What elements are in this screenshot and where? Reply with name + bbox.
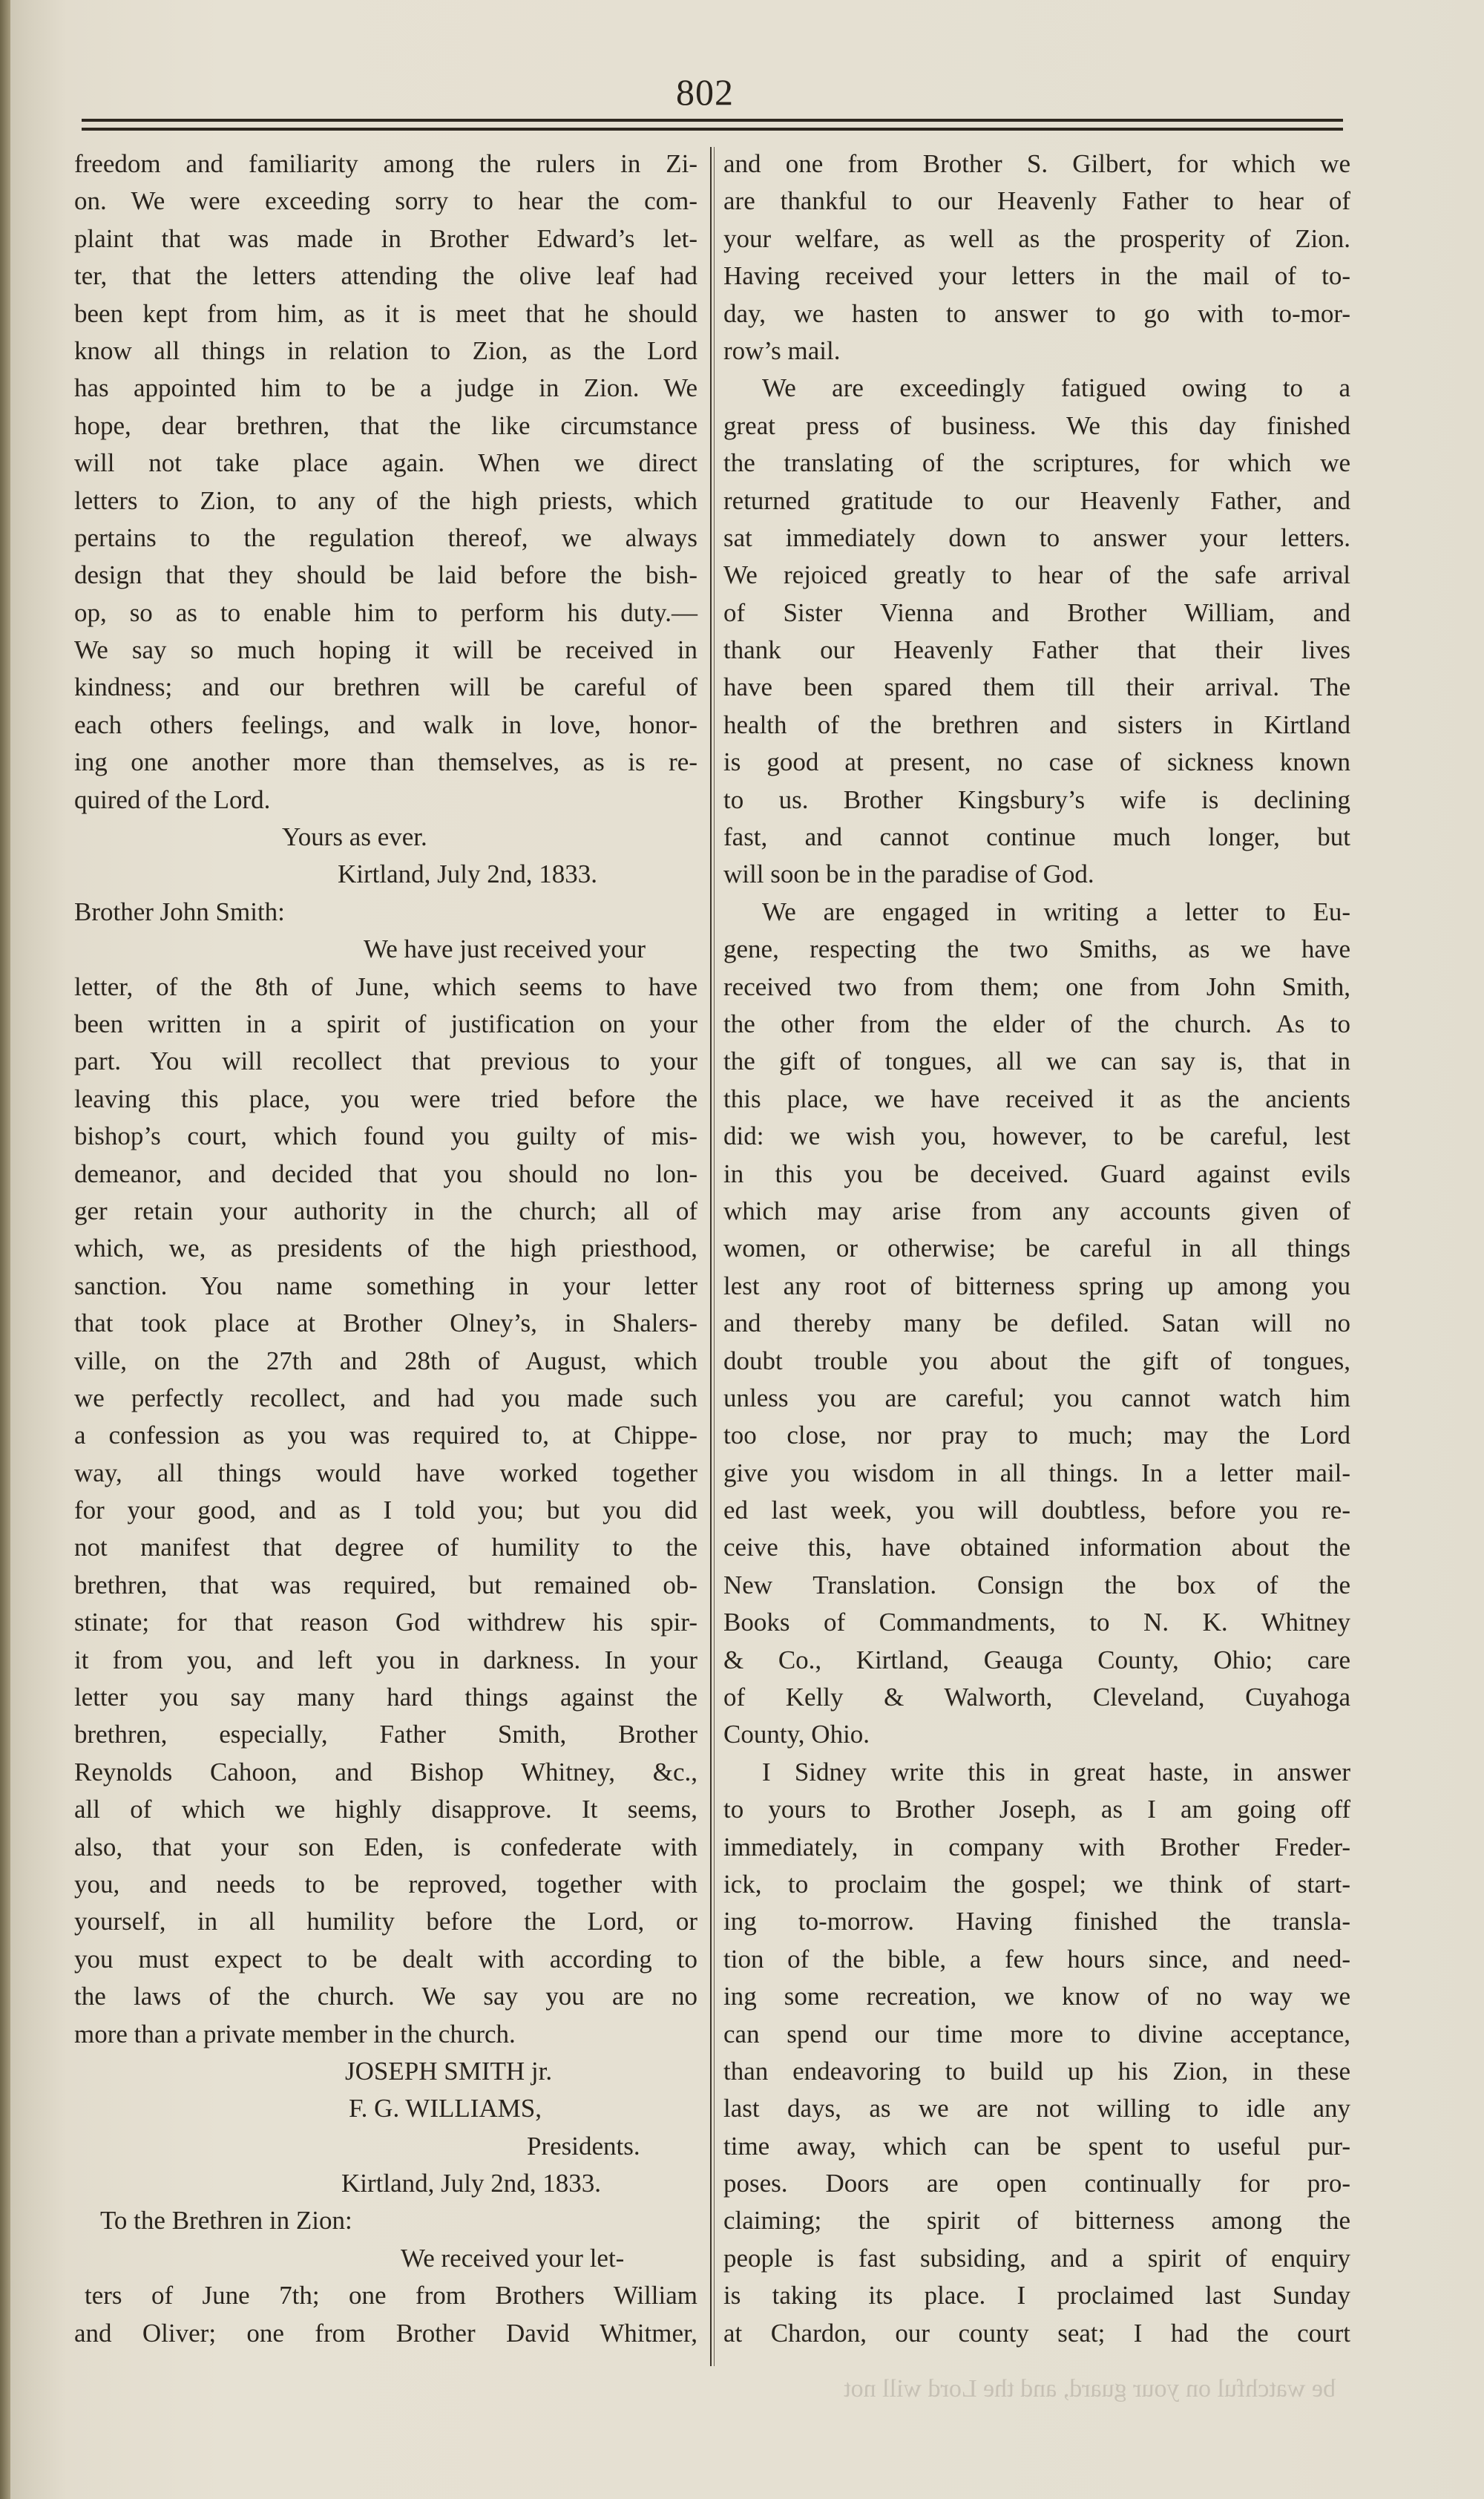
text-line: is taking its place. I proclaimed last S…: [723, 2277, 1350, 2314]
letter-1-body: freedom and familiarity among the rulers…: [74, 145, 697, 819]
text-line: the translating of the scriptures, for w…: [723, 445, 1350, 482]
text-line: pertains to the regulation thereof, we a…: [74, 520, 697, 557]
text-line: sat immediately down to answer your lett…: [723, 520, 1350, 557]
text-line: fast, and cannot continue much longer, b…: [723, 819, 1350, 856]
text-line: than endeavoring to build up his Zion, i…: [723, 2053, 1350, 2090]
text-line: We received your let-: [74, 2240, 697, 2277]
text-line: and Oliver; one from Brother David Whitm…: [74, 2315, 697, 2352]
text-line: know all things in relation to Zion, as …: [74, 333, 697, 370]
text-line: letter you say many hard things against …: [74, 1679, 697, 1716]
text-line: hope, dear brethren, that the like circu…: [74, 407, 697, 445]
text-line: County, Ohio.: [723, 1716, 1350, 1753]
text-line: you, and needs to be reproved, together …: [74, 1866, 697, 1903]
text-line: sanction. You name something in your let…: [74, 1268, 697, 1305]
text-line: way, all things would have worked togeth…: [74, 1455, 697, 1492]
text-line: which, we, as presidents of the high pri…: [74, 1230, 697, 1267]
text-line: the other from the elder of the church. …: [723, 1006, 1350, 1043]
letter-2-body: We have just received your letter, of th…: [74, 931, 697, 2053]
text-line: ed last week, you will doubtless, before…: [723, 1492, 1350, 1529]
text-line: returned gratitude to our Heavenly Fathe…: [723, 482, 1350, 520]
signature-fg-williams: F. G. WILLIAMS,: [74, 2090, 697, 2127]
text-line: received two from them; one from John Sm…: [723, 969, 1350, 1006]
text-line: been written in a spirit of justificatio…: [74, 1006, 697, 1043]
text-line: ceive this, have obtained information ab…: [723, 1529, 1350, 1566]
text-line: ter, that the letters attending the oliv…: [74, 258, 697, 295]
text-line: ters of June 7th; one from Brothers Will…: [74, 2277, 697, 2314]
text-line: Reynolds Cahoon, and Bishop Whitney, &c.…: [74, 1754, 697, 1791]
text-line: can spend our time more to divine accept…: [723, 2016, 1350, 2053]
text-line: design that they should be laid before t…: [74, 557, 697, 594]
text-line: ing one another more than themselves, as…: [74, 744, 697, 781]
text-line: ing some recreation, we know of no way w…: [723, 1978, 1350, 2015]
salutation: To the Brethren in Zion:: [74, 2202, 697, 2239]
text-line: thank our Heavenly Father that their liv…: [723, 632, 1350, 669]
text-line: has appointed him to be a judge in Zion.…: [74, 370, 697, 407]
text-line: in this you be deceived. Guard against e…: [723, 1156, 1350, 1193]
text-line: to yours to Brother Joseph, as I am goin…: [723, 1791, 1350, 1828]
text-line: ing to-morrow. Having finished the trans…: [723, 1903, 1350, 1940]
text-line: yourself, in all humility before the Lor…: [74, 1903, 697, 1940]
text-line: each others feelings, and walk in love, …: [74, 707, 697, 744]
text-line: have been spared them till their arrival…: [723, 669, 1350, 706]
text-line: also, that your son Eden, is confederate…: [74, 1829, 697, 1866]
text-line: letter, of the 8th of June, which seems …: [74, 969, 697, 1006]
salutation: Brother John Smith:: [74, 894, 697, 931]
text-line: last days, as we are not willing to idle…: [723, 2090, 1350, 2127]
text-line: at Chardon, our county seat; I had the c…: [723, 2315, 1350, 2352]
letter-closing: Yours as ever.: [74, 819, 697, 856]
text-line: brethren, especially, Father Smith, Brot…: [74, 1716, 697, 1753]
dateline: Kirtland, July 2nd, 1833.: [74, 856, 697, 893]
bleed-through-text: be watchful on your guard, and the Lord …: [742, 2375, 1336, 2403]
text-line: immediately, in company with Brother Fre…: [723, 1829, 1350, 1866]
text-line: health of the brethren and sisters in Ki…: [723, 707, 1350, 744]
text-line: the gift of tongues, all we can say is, …: [723, 1043, 1350, 1080]
text-line: quired of the Lord.: [74, 782, 697, 819]
text-line: We have just received your: [74, 931, 697, 968]
text-line: of Kelly & Walworth, Cleveland, Cuyahoga: [723, 1679, 1350, 1716]
text-line: New Translation. Consign the box of the: [723, 1567, 1350, 1604]
text-line: op, so as to enable him to perform his d…: [74, 595, 697, 632]
text-line: plaint that was made in Brother Edward’s…: [74, 220, 697, 258]
text-line: all of which we highly disapprove. It se…: [74, 1791, 697, 1828]
text-line: it from you, and left you in darkness. I…: [74, 1642, 697, 1679]
text-line: Having received your letters in the mail…: [723, 258, 1350, 295]
text-line: time away, which can be spent to useful …: [723, 2128, 1350, 2165]
text-line: We are engaged in writing a letter to Eu…: [723, 894, 1350, 931]
left-column: freedom and familiarity among the rulers…: [74, 145, 697, 2352]
text-line: gene, respecting the two Smiths, as we h…: [723, 931, 1350, 968]
text-line: bishop’s court, which found you guilty o…: [74, 1118, 697, 1155]
text-line: your welfare, as well as the prosperity …: [723, 220, 1350, 258]
text-line: great press of business. We this day fin…: [723, 407, 1350, 445]
text-line: are thankful to our Heavenly Father to h…: [723, 183, 1350, 220]
text-line: Books of Commandments, to N. K. Whitney: [723, 1604, 1350, 1641]
text-line: and thereby many be defiled. Satan will …: [723, 1305, 1350, 1342]
text-line: is good at present, no case of sickness …: [723, 744, 1350, 781]
text-line: brethren, that was required, but remaine…: [74, 1567, 697, 1604]
text-line: I Sidney write this in great haste, in a…: [723, 1754, 1350, 1791]
text-line: people is fast subsiding, and a spirit o…: [723, 2240, 1350, 2277]
text-line: did: we wish you, however, to be careful…: [723, 1118, 1350, 1155]
text-line: ger retain your authority in the church;…: [74, 1193, 697, 1230]
text-line: too close, nor pray to much; may the Lor…: [723, 1417, 1350, 1454]
text-line: lest any root of bitterness spring up am…: [723, 1268, 1350, 1305]
text-line: demeanor, and decided that you should no…: [74, 1156, 697, 1193]
text-line: the laws of the church. We say you are n…: [74, 1978, 697, 2015]
text-line: day, we hasten to answer to go with to-m…: [723, 295, 1350, 333]
text-line: a confession as you was required to, at …: [74, 1417, 697, 1454]
text-line: and one from Brother S. Gilbert, for whi…: [723, 145, 1350, 183]
text-line: that took place at Brother Olney’s, in S…: [74, 1305, 697, 1342]
text-line: will not take place again. When we direc…: [74, 445, 697, 482]
text-line: We say so much hoping it will be receive…: [74, 632, 697, 669]
text-line: women, or otherwise; be careful in all t…: [723, 1230, 1350, 1267]
text-line: tion of the bible, a few hours since, an…: [723, 1941, 1350, 1978]
page-number: 802: [0, 71, 1410, 114]
right-column: and one from Brother S. Gilbert, for whi…: [723, 145, 1350, 2352]
text-line: more than a private member in the church…: [74, 2016, 697, 2053]
text-line: not manifest that degree of humility to …: [74, 1529, 697, 1566]
scanned-page: 802 freedom and familiarity among the ru…: [0, 0, 1484, 2499]
text-line: we perfectly recollect, and had you made…: [74, 1380, 697, 1417]
text-line: been kept from him, as it is meet that h…: [74, 295, 697, 333]
book-spine-shadow: [0, 0, 10, 2499]
text-line: of Sister Vienna and Brother William, an…: [723, 595, 1350, 632]
text-line: for your good, and as I told you; but yo…: [74, 1492, 697, 1529]
text-line: letters to Zion, to any of the high prie…: [74, 482, 697, 520]
text-line: part. You will recollect that previous t…: [74, 1043, 697, 1080]
header-rule-bottom: [82, 128, 1343, 131]
text-line: doubt trouble you about the gift of tong…: [723, 1343, 1350, 1380]
text-line: on. We were exceeding sorry to hear the …: [74, 183, 697, 220]
text-line: freedom and familiarity among the rulers…: [74, 145, 697, 183]
text-line: poses. Doors are open continually for pr…: [723, 2165, 1350, 2202]
text-line: you must expect to be dealt with accordi…: [74, 1941, 697, 1978]
text-line: to us. Brother Kingsbury’s wife is decli…: [723, 782, 1350, 819]
text-line: claiming; the spirit of bitterness among…: [723, 2202, 1350, 2239]
signature-joseph-smith: JOSEPH SMITH jr.: [74, 2053, 697, 2090]
text-line: We rejoiced greatly to hear of the safe …: [723, 557, 1350, 594]
text-line: kindness; and our brethren will be caref…: [74, 669, 697, 706]
text-line: stinate; for that reason God withdrew hi…: [74, 1604, 697, 1641]
text-line: row’s mail.: [723, 333, 1350, 370]
header-rule-top: [82, 119, 1343, 122]
letter-3-body: We received your let- ters of June 7th; …: [74, 2240, 697, 2352]
text-line: which may arise from any accounts given …: [723, 1193, 1350, 1230]
text-line: & Co., Kirtland, Geauga County, Ohio; ca…: [723, 1642, 1350, 1679]
text-line: leaving this place, you were tried befor…: [74, 1081, 697, 1118]
signature-title: Presidents.: [74, 2128, 697, 2165]
column-divider: [710, 147, 715, 2366]
text-line: give you wisdom in all things. In a lett…: [723, 1455, 1350, 1492]
text-line: will soon be in the paradise of God.: [723, 856, 1350, 893]
dateline: Kirtland, July 2nd, 1833.: [74, 2165, 697, 2202]
text-line: ville, on the 27th and 28th of August, w…: [74, 1343, 697, 1380]
text-line: unless you are careful; you cannot watch…: [723, 1380, 1350, 1417]
text-line: this place, we have received it as the a…: [723, 1081, 1350, 1118]
text-line: ick, to proclaim the gospel; we think of…: [723, 1866, 1350, 1903]
text-line: We are exceedingly fatigued owing to a: [723, 370, 1350, 407]
